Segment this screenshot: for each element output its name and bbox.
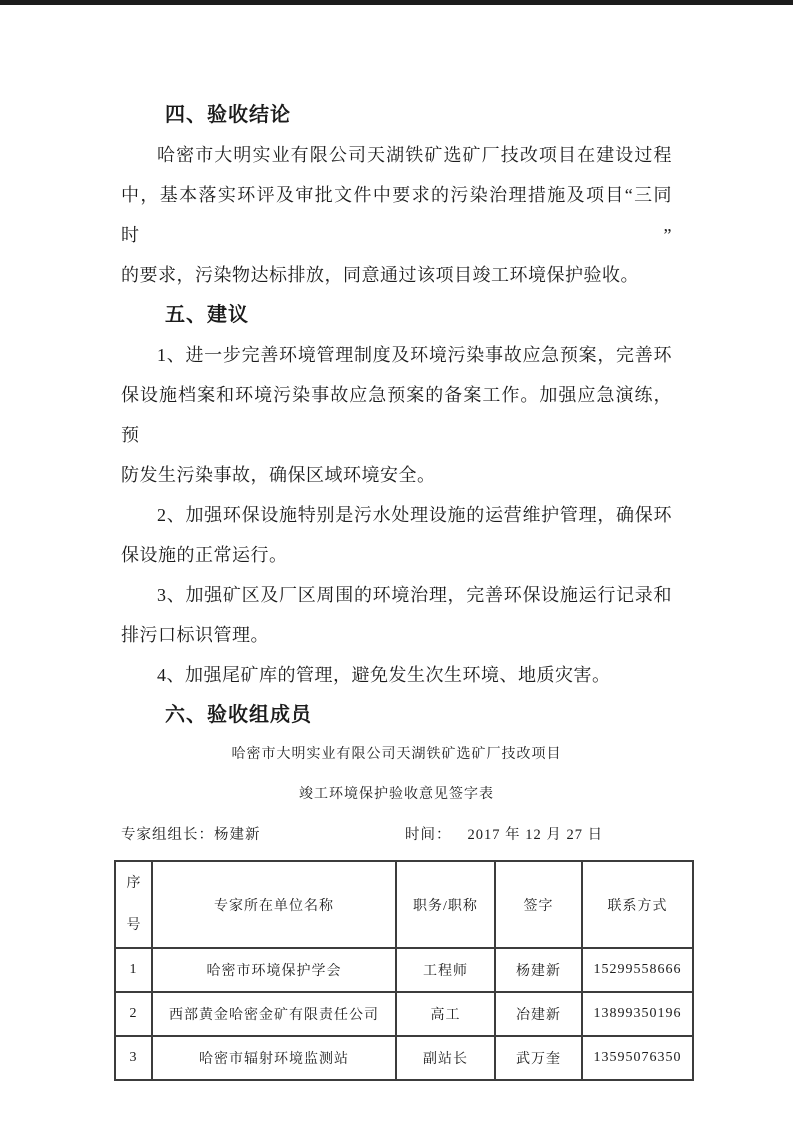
suggestion-item-3: 3、加强矿区及厂区周围的环境治理，完善环保设施运行记录和 排污口标识管理。 [121, 575, 672, 655]
section5-heading: 五、建议 [121, 295, 672, 335]
signature-table: 序号 专家所在单位名称 职务/职称 签字 联系方式 1 哈密市环境保护学会 工程… [114, 860, 694, 1081]
paragraph-line: 4、加强尾矿库的管理，避免发生次生环境、地质灾害。 [121, 655, 672, 695]
suggestion-item-2: 2、加强环保设施特别是污水处理设施的运营维护管理，确保环 保设施的正常运行。 [121, 495, 672, 575]
paragraph-line: 的要求，污染物达标排放，同意通过该项目竣工环境保护验收。 [121, 255, 672, 295]
expert-leader-label: 专家组组长： [121, 827, 214, 843]
cell-contact: 15299558666 [582, 948, 693, 992]
header-cell-signature: 签字 [495, 861, 582, 948]
paragraph-line: 2、加强环保设施特别是污水处理设施的运营维护管理，确保环 [121, 495, 672, 535]
section4-heading: 四、验收结论 [121, 95, 672, 135]
section6-heading: 六、验收组成员 [121, 695, 672, 735]
table-row: 1 哈密市环境保护学会 工程师 杨建新 15299558666 [115, 948, 693, 992]
header-cell-title: 职务/职称 [396, 861, 495, 948]
cell-signature: 杨建新 [495, 948, 582, 992]
header-cell-seq: 序号 [115, 861, 152, 948]
time-value: 2017 年 12 月 27 日 [468, 827, 604, 843]
scan-edge-artifact [0, 0, 793, 5]
cell-seq: 3 [115, 1036, 152, 1080]
cell-unit: 哈密市环境保护学会 [152, 948, 396, 992]
paragraph-line: 保设施的正常运行。 [121, 535, 672, 575]
cell-title: 副站长 [396, 1036, 495, 1080]
cell-title: 高工 [396, 992, 495, 1036]
time-block: 时间：2017 年 12 月 27 日 [405, 815, 603, 855]
signature-table-header: 序号 专家所在单位名称 职务/职称 签字 联系方式 [115, 861, 693, 948]
table-header-row: 序号 专家所在单位名称 职务/职称 签字 联系方式 [115, 861, 693, 948]
table-title-line1: 哈密市大明实业有限公司天湖铁矿选矿厂技改项目 [121, 735, 672, 775]
leader-time-row: 专家组组长：杨建新 时间：2017 年 12 月 27 日 [121, 815, 672, 855]
cell-signature: 武万奎 [495, 1036, 582, 1080]
cell-unit: 西部黄金哈密金矿有限责任公司 [152, 992, 396, 1036]
expert-leader-name: 杨建新 [214, 827, 261, 843]
paragraph-line: 防发生污染事故，确保区域环境安全。 [121, 455, 672, 495]
cell-seq: 2 [115, 992, 152, 1036]
table-title-line2: 竣工环境保护验收意见签字表 [121, 775, 672, 815]
header-cell-contact: 联系方式 [582, 861, 693, 948]
suggestion-item-4: 4、加强尾矿库的管理，避免发生次生环境、地质灾害。 [121, 655, 672, 695]
paragraph-line: 1、进一步完善环境管理制度及环境污染事故应急预案，完善环 [121, 335, 672, 375]
paragraph-line: 中，基本落实环评及审批文件中要求的污染治理措施及项目“三同时” [121, 175, 672, 255]
table-row: 3 哈密市辐射环境监测站 副站长 武万奎 13595076350 [115, 1036, 693, 1080]
paragraph-line: 保设施档案和环境污染事故应急预案的备案工作。加强应急演练，预 [121, 375, 672, 455]
document-page: 四、验收结论 哈密市大明实业有限公司天湖铁矿选矿厂技改项目在建设过程 中，基本落… [0, 0, 793, 1122]
table-row: 2 西部黄金哈密金矿有限责任公司 高工 冶建新 13899350196 [115, 992, 693, 1036]
cell-contact: 13899350196 [582, 992, 693, 1036]
paragraph-line: 3、加强矿区及厂区周围的环境治理，完善环保设施运行记录和 [121, 575, 672, 615]
header-cell-unit: 专家所在单位名称 [152, 861, 396, 948]
cell-seq: 1 [115, 948, 152, 992]
cell-title: 工程师 [396, 948, 495, 992]
cell-unit: 哈密市辐射环境监测站 [152, 1036, 396, 1080]
cell-signature: 冶建新 [495, 992, 582, 1036]
document-content: 四、验收结论 哈密市大明实业有限公司天湖铁矿选矿厂技改项目在建设过程 中，基本落… [121, 95, 672, 1081]
time-label: 时间： [405, 827, 452, 843]
paragraph-line: 哈密市大明实业有限公司天湖铁矿选矿厂技改项目在建设过程 [121, 135, 672, 175]
paragraph-line: 排污口标识管理。 [121, 615, 672, 655]
cell-contact: 13595076350 [582, 1036, 693, 1080]
section4-paragraph: 哈密市大明实业有限公司天湖铁矿选矿厂技改项目在建设过程 中，基本落实环评及审批文… [121, 135, 672, 295]
seq-header-text: 序号 [126, 863, 141, 947]
suggestion-item-1: 1、进一步完善环境管理制度及环境污染事故应急预案，完善环 保设施档案和环境污染事… [121, 335, 672, 495]
